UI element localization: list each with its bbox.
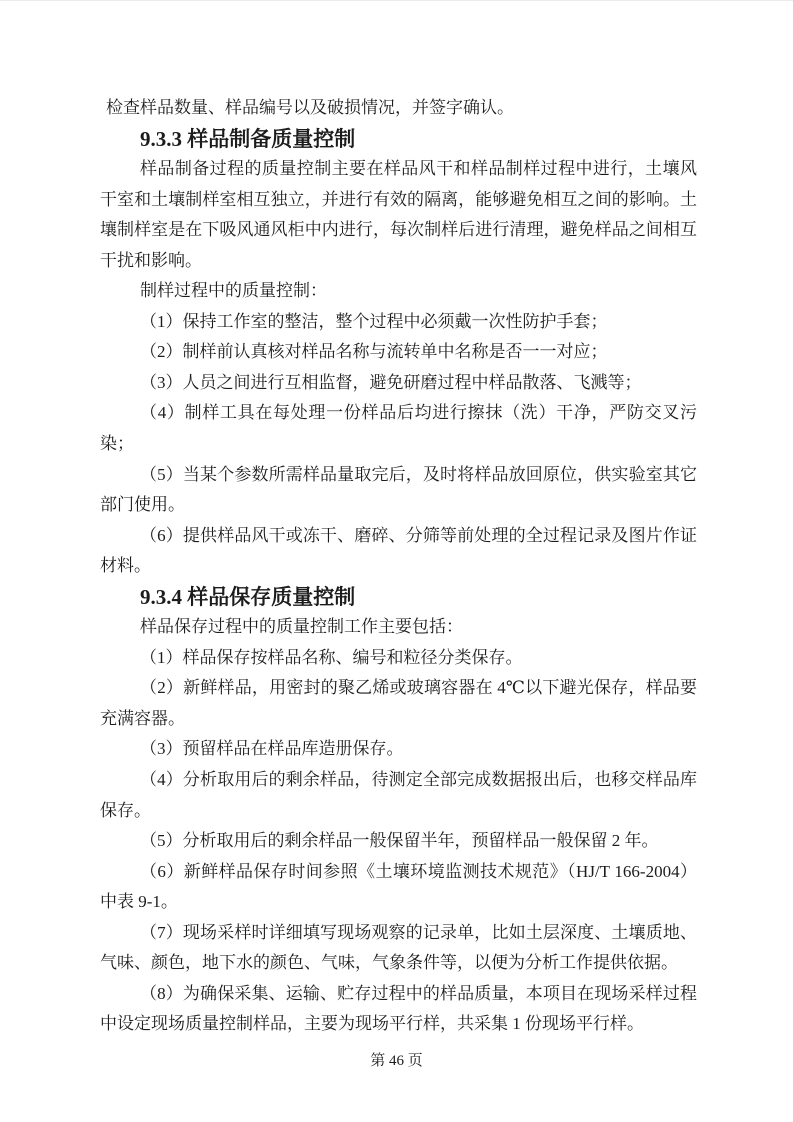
paragraph-lead-in-storage: 样品保存过程中的质量控制工作主要包括： — [100, 612, 697, 643]
list-item-storage-5: （5）分析取用后的剩余样品一般保留半年，预留样品一般保留 2 年。 — [100, 826, 697, 857]
paragraph-continuation: 检查样品数量、样品编号以及破损情况，并签字确认。 — [100, 93, 697, 124]
document-page: 检查样品数量、样品编号以及破损情况，并签字确认。 9.3.3 样品制备质量控制 … — [0, 0, 793, 1122]
list-item-storage-2: （2）新鲜样品，用密封的聚乙烯或玻璃容器在 4℃以下避光保存，样品要充满容器。 — [100, 673, 697, 734]
list-item-storage-4: （4）分析取用后的剩余样品，待测定全部完成数据报出后，也移交样品库保存。 — [100, 765, 697, 826]
list-item-storage-1: （1）样品保存按样品名称、编号和粒径分类保存。 — [100, 643, 697, 674]
page-number: 第 46 页 — [0, 1051, 793, 1071]
heading-9-3-4: 9.3.4 样品保存质量控制 — [100, 582, 697, 613]
list-item-prep-4: （4）制样工具在每处理一份样品后均进行擦抹（洗）干净，严防交叉污染； — [100, 398, 697, 459]
paragraph-lead-in-preparation: 制样过程中的质量控制： — [100, 276, 697, 307]
list-item-storage-3: （3）预留样品在样品库造册保存。 — [100, 734, 697, 765]
heading-9-3-3: 9.3.3 样品制备质量控制 — [100, 124, 697, 155]
list-item-storage-6: （6）新鲜样品保存时间参照《土壤环境监测技术规范》（HJ/T 166-2004）… — [100, 857, 697, 918]
list-item-prep-3: （3）人员之间进行互相监督，避免研磨过程中样品散落、飞溅等； — [100, 368, 697, 399]
list-item-prep-1: （1）保持工作室的整洁，整个过程中必须戴一次性防护手套； — [100, 307, 697, 338]
list-item-prep-2: （2）制样前认真核对样品名称与流转单中名称是否一一对应； — [100, 337, 697, 368]
list-item-prep-5: （5）当某个参数所需样品量取完后，及时将样品放回原位，供实验室其它部门使用。 — [100, 460, 697, 521]
list-item-storage-8: （8）为确保采集、运输、贮存过程中的样品质量，本项目在现场采样过程中设定现场质量… — [100, 979, 697, 1040]
list-item-storage-7: （7）现场采样时详细填写现场观察的记录单，比如土层深度、土壤质地、气味、颜色，地… — [100, 918, 697, 979]
document-body: 检查样品数量、样品编号以及破损情况，并签字确认。 9.3.3 样品制备质量控制 … — [100, 93, 697, 1040]
paragraph-sample-preparation: 样品制备过程的质量控制主要在样品风干和样品制样过程中进行，土壤风干室和土壤制样室… — [100, 154, 697, 276]
list-item-prep-6: （6）提供样品风干或冻干、磨碎、分筛等前处理的全过程记录及图片作证材料。 — [100, 521, 697, 582]
